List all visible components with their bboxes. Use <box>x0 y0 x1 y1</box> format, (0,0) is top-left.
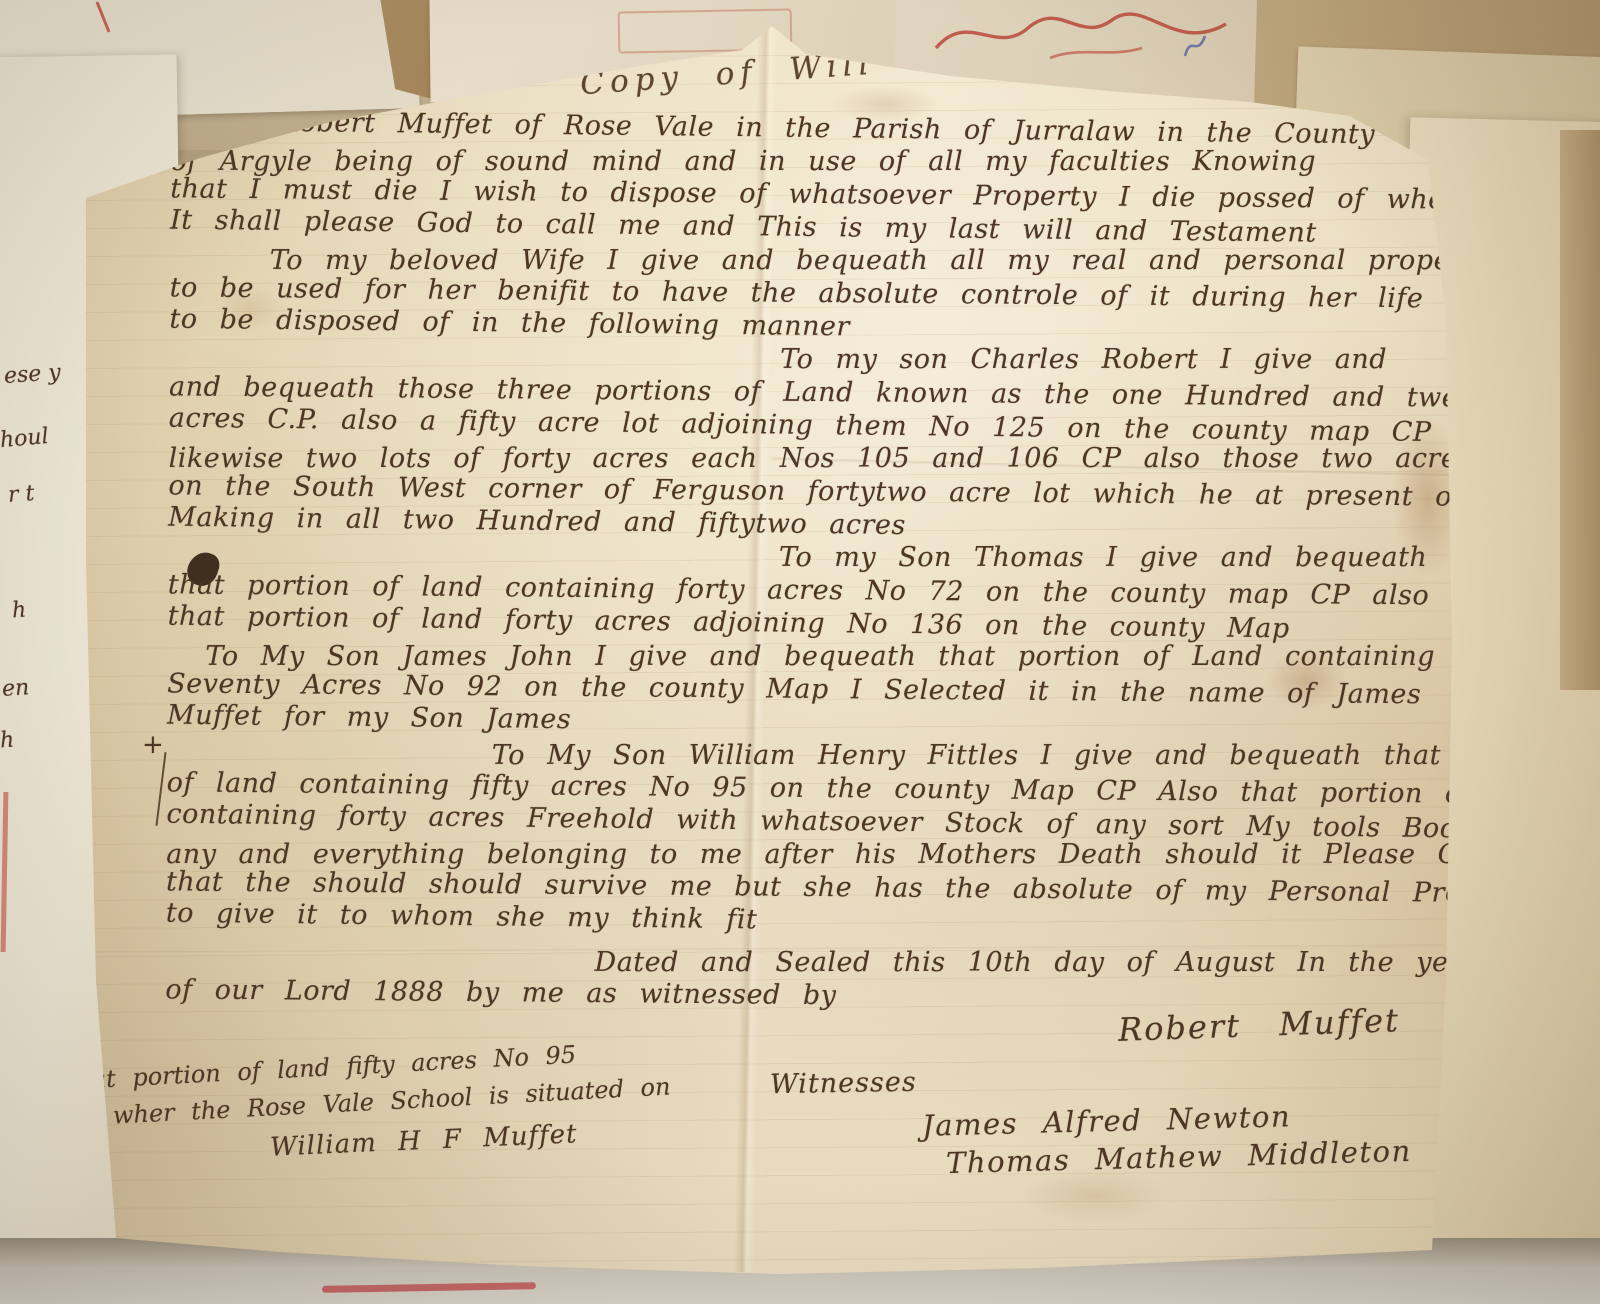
photo-of-will-document: ese y houl r t h en h Copy of Will I Rob… <box>0 0 1600 1304</box>
cutoff-handwriting: r t <box>7 481 35 508</box>
cutoff-handwriting: h <box>0 728 15 754</box>
red-tick-mark <box>94 0 114 36</box>
witnesses-label: Witnesses <box>770 1067 917 1101</box>
cutoff-handwriting: en <box>1 675 29 701</box>
book-edge-right <box>1560 130 1600 690</box>
blue-ink-mark <box>1182 28 1210 62</box>
cutoff-handwriting: houl <box>0 424 50 453</box>
will-document-page: Copy of Will I Robert Muffet of Rose Val… <box>0 0 1600 1304</box>
will-body-text: I Robert Muffet of Rose Vale in the Pari… <box>165 108 1470 1016</box>
cutoff-handwriting: h <box>11 598 27 624</box>
cutoff-handwriting: ese y <box>3 360 61 389</box>
margin-cross-mark: + <box>142 730 164 760</box>
